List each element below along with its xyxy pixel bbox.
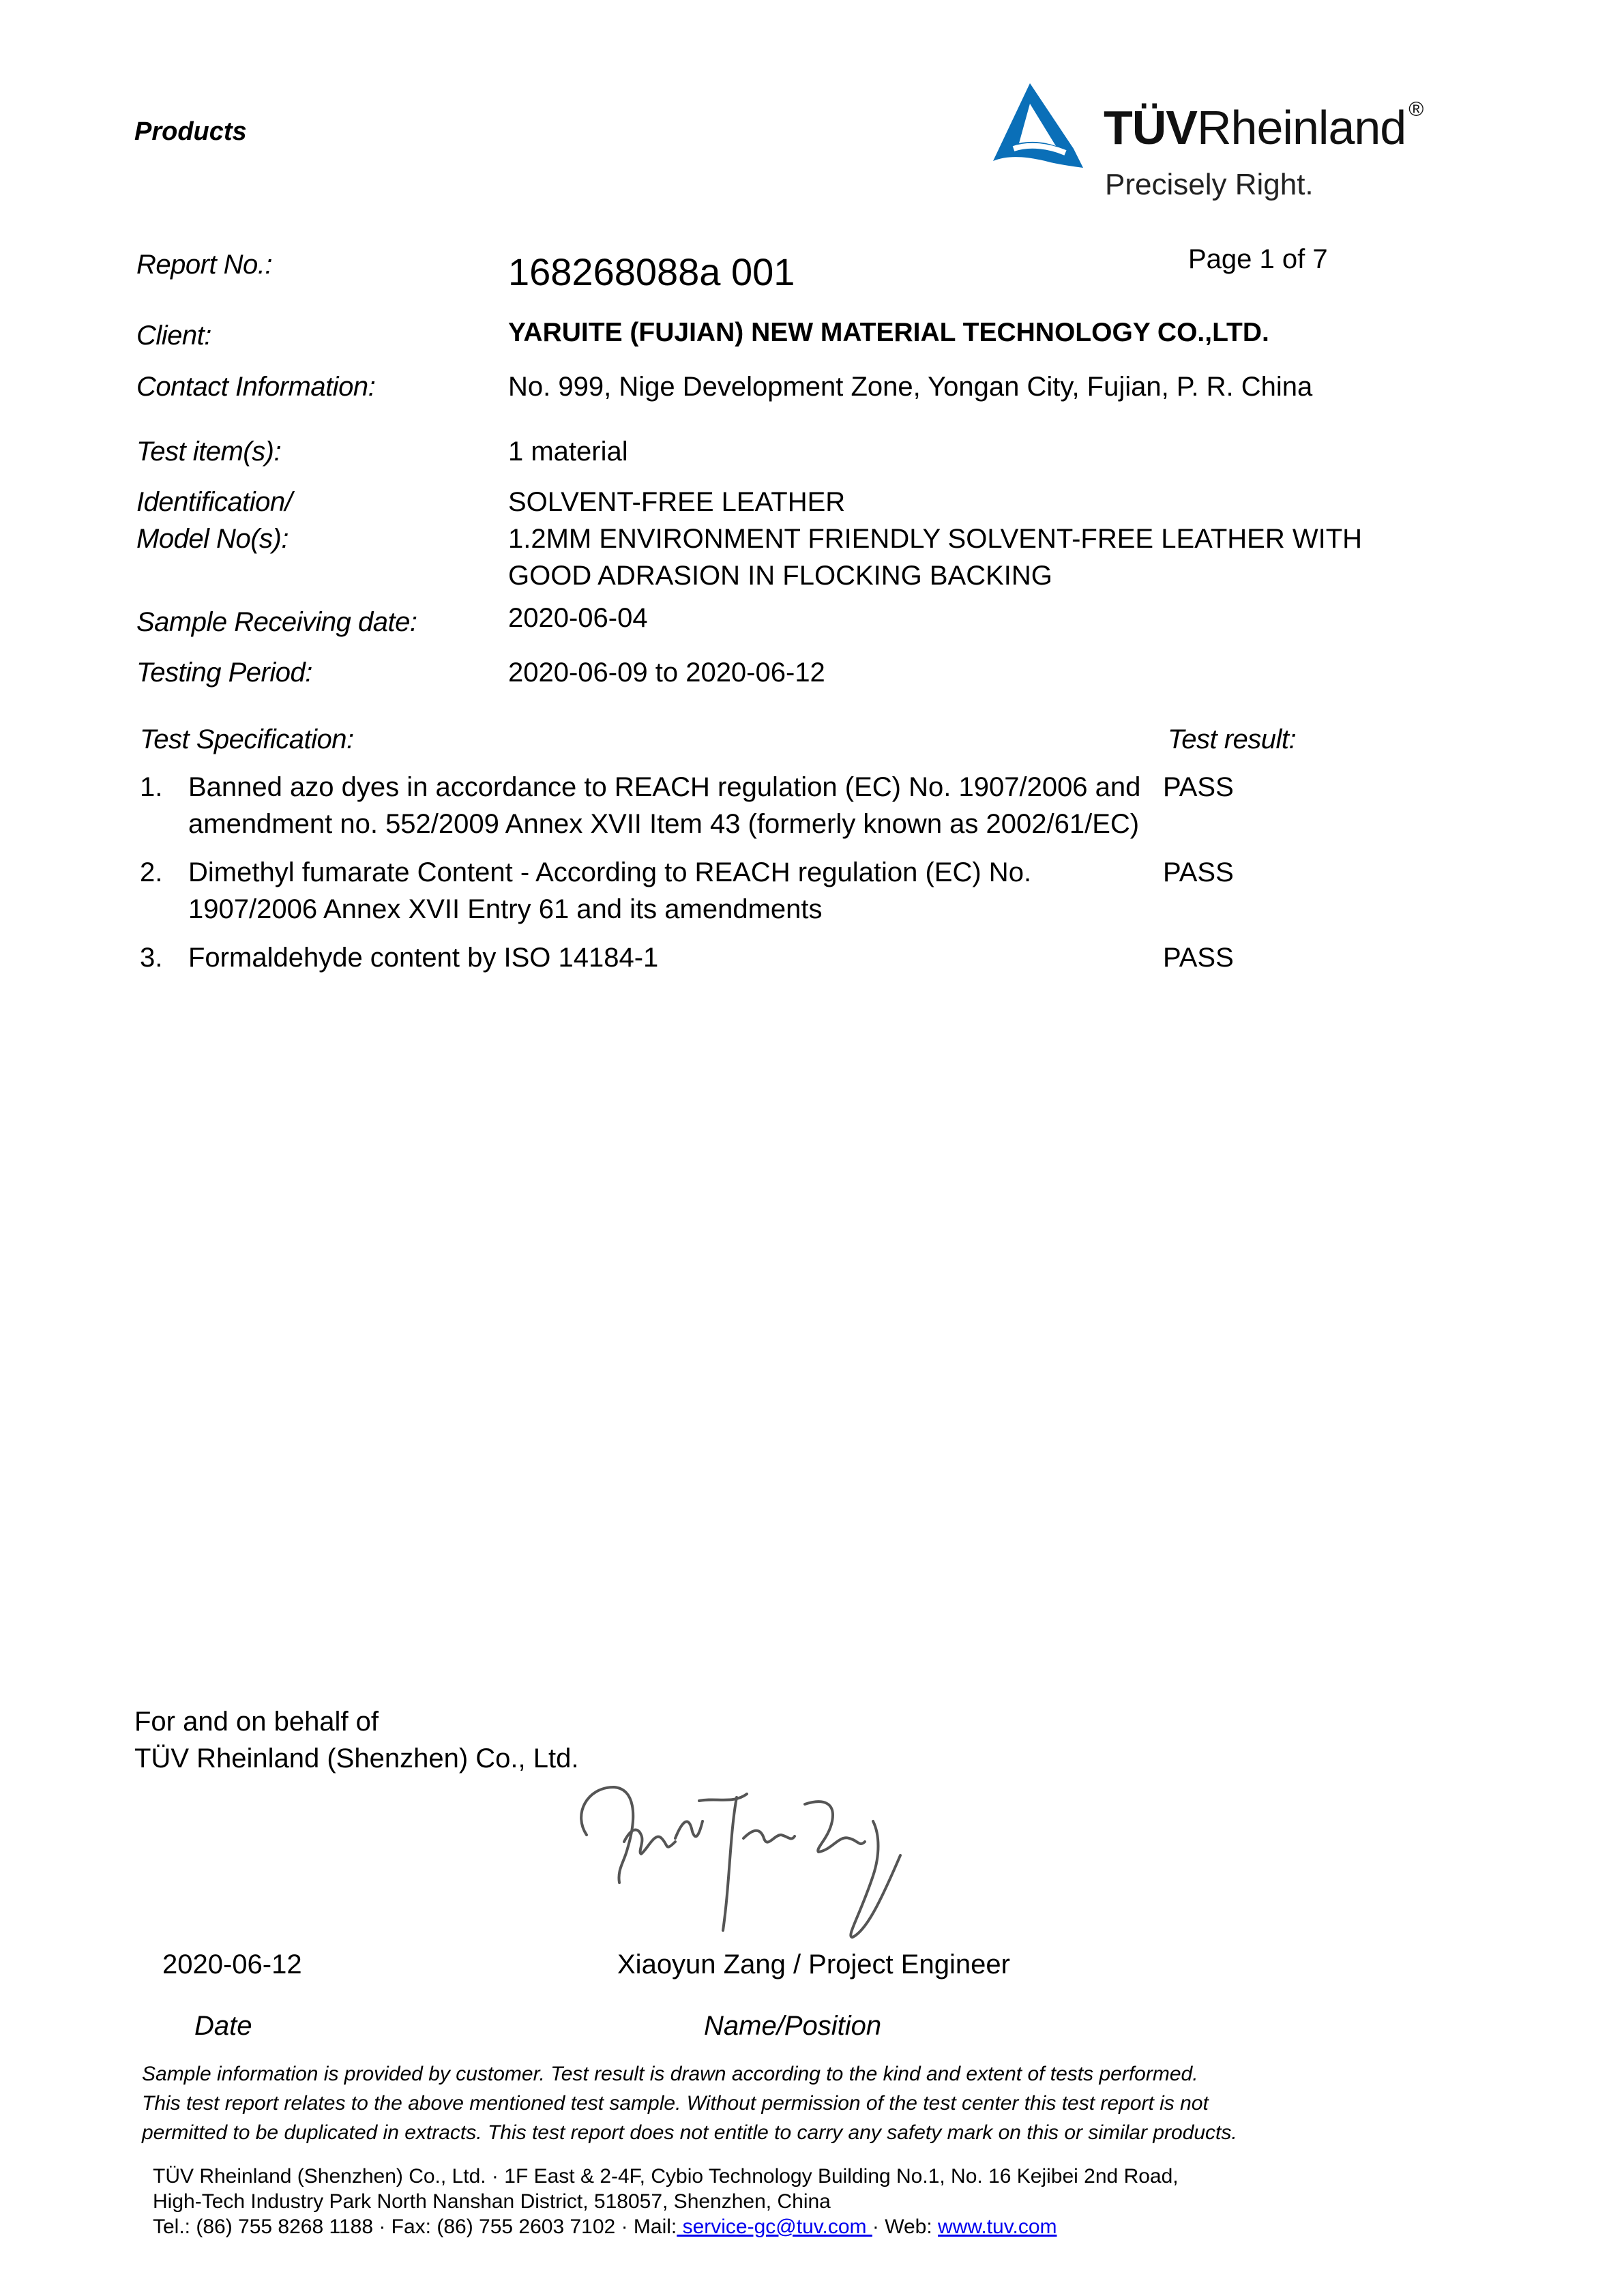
website-link[interactable]: www.tuv.com bbox=[938, 2216, 1057, 2238]
date-label: Date bbox=[194, 2011, 252, 2042]
footer-address-line: High-Tech Industry Park North Nanshan Di… bbox=[153, 2190, 831, 2213]
behalf-company: TÜV Rheinland (Shenzhen) Co., Ltd. bbox=[134, 1743, 578, 1774]
logo-brand-bold: TÜV bbox=[1104, 101, 1197, 154]
test-item-number: 2. bbox=[140, 857, 162, 888]
testing-period-value: 2020-06-09 to 2020-06-12 bbox=[508, 658, 825, 688]
test-item-result: PASS bbox=[1163, 943, 1234, 973]
disclaimer-line: permitted to be duplicated in extracts. … bbox=[142, 2121, 1237, 2145]
client-label: Client: bbox=[136, 321, 211, 351]
footer-contact-line: Tel.: (86) 755 8268 1188 · Fax: (86) 755… bbox=[153, 2216, 1057, 2239]
test-item-text: Banned azo dyes in accordance to REACH r… bbox=[188, 772, 1140, 803]
identification-line: GOOD ADRASION IN FLOCKING BACKING bbox=[508, 561, 1052, 591]
test-item-number: 1. bbox=[140, 772, 162, 803]
logo-brand-regular: Rheinland bbox=[1197, 101, 1406, 154]
client-name: YARUITE (FUJIAN) NEW MATERIAL TECHNOLOGY… bbox=[508, 318, 1269, 348]
section-label: Products bbox=[134, 117, 247, 147]
registered-mark: ® bbox=[1408, 98, 1423, 121]
test-item-number: 3. bbox=[140, 943, 162, 973]
handwritten-signature-icon bbox=[559, 1773, 1009, 1944]
contact-address: No. 999, Nige Development Zone, Yongan C… bbox=[508, 372, 1312, 402]
behalf-line: For and on behalf of bbox=[134, 1707, 379, 1737]
test-item-result: PASS bbox=[1163, 772, 1234, 803]
signoff-name-position: Xiaoyun Zang / Project Engineer bbox=[617, 1949, 1010, 1980]
test-item-text: amendment no. 552/2009 Annex XVII Item 4… bbox=[188, 809, 1139, 840]
test-result-header: Test result: bbox=[1168, 724, 1296, 755]
test-items-value: 1 material bbox=[508, 437, 628, 467]
test-items-label: Test item(s): bbox=[136, 437, 281, 467]
report-number: 168268088a 001 bbox=[508, 250, 795, 294]
test-item-text: 1907/2006 Annex XVII Entry 61 and its am… bbox=[188, 894, 823, 925]
logo-wordmark: TÜVRheinland® bbox=[1104, 104, 1423, 151]
test-item-text: Formaldehyde content by ISO 14184-1 bbox=[188, 943, 658, 973]
testing-period-label: Testing Period: bbox=[136, 658, 312, 688]
test-item-result: PASS bbox=[1163, 857, 1234, 888]
test-spec-header: Test Specification: bbox=[140, 724, 354, 755]
tuv-triangle-wave-icon bbox=[989, 80, 1084, 169]
page-indicator: Page 1 of 7 bbox=[1188, 244, 1328, 275]
sample-receiving-date: 2020-06-04 bbox=[508, 603, 648, 634]
report-no-label: Report No.: bbox=[136, 250, 272, 280]
tuv-rheinland-logo: TÜVRheinland® Precisely Right. bbox=[989, 80, 1480, 210]
logo-tagline: Precisely Right. bbox=[1105, 168, 1314, 202]
footer-address-line: TÜV Rheinland (Shenzhen) Co., Ltd. · 1F … bbox=[153, 2165, 1179, 2188]
identification-line: SOLVENT-FREE LEATHER bbox=[508, 487, 845, 518]
contact-label: Contact Information: bbox=[136, 372, 375, 402]
email-link[interactable]: service-gc@tuv.com bbox=[677, 2216, 872, 2238]
identification-line: 1.2MM ENVIRONMENT FRIENDLY SOLVENT-FREE … bbox=[508, 524, 1362, 555]
sample-receiving-label: Sample Receiving date: bbox=[136, 607, 417, 638]
identification-label: Identification/ bbox=[136, 487, 292, 518]
signoff-date: 2020-06-12 bbox=[162, 1949, 302, 1980]
test-item-text: Dimethyl fumarate Content - According to… bbox=[188, 857, 1031, 888]
name-position-label: Name/Position bbox=[704, 2011, 881, 2042]
disclaimer-line: This test report relates to the above me… bbox=[142, 2092, 1209, 2115]
footer-contact-prefix: Tel.: (86) 755 8268 1188 · Fax: (86) 755… bbox=[153, 2216, 677, 2238]
model-no-label: Model No(s): bbox=[136, 524, 289, 555]
disclaimer-line: Sample information is provided by custom… bbox=[142, 2063, 1198, 2086]
footer-web-prefix: · Web: bbox=[872, 2216, 938, 2238]
